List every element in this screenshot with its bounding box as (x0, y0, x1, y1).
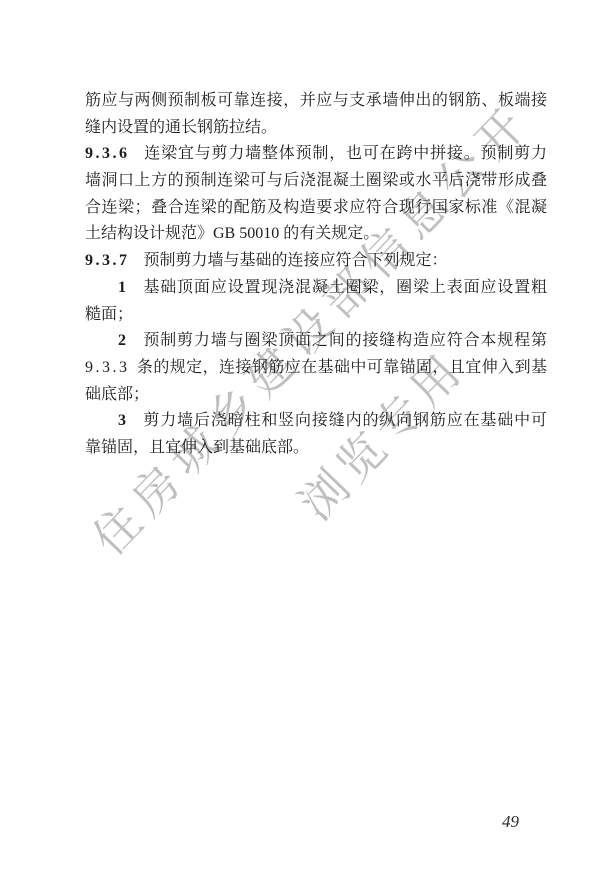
line-text: 预制剪力墙与圈梁顶面之间的接缝构造应符合本规程第 (143, 332, 548, 349)
line-text: 连梁宜与剪力墙整体预制，也可在跨中拼接。预制剪力 (144, 145, 548, 162)
line-text: 靠锚固，且宜伸入到基础底部。 (85, 439, 309, 456)
text-line: 合连梁；叠合连梁的配筋及构造要求应符合现行国家标准《混凝 (85, 195, 547, 222)
line-text: 缝内设置的通长钢筋拉结。 (85, 119, 277, 136)
text-line-clause-9-3-6: 9.3.6连梁宜与剪力墙整体预制，也可在跨中拼接。预制剪力 (85, 141, 547, 168)
line-text: 预制剪力墙与基础的连接应符合下列规定： (144, 252, 448, 269)
item-number: 1 (118, 279, 129, 296)
document-content: 筋应与两侧预制板可靠连接，并应与支承墙伸出的钢筋、板端接 缝内设置的通长钢筋拉结… (85, 88, 547, 462)
text-line: 9.3.3条的规定，连接钢筋应在基础中可靠锚固，且宜伸入到基 (85, 355, 547, 382)
page-number: 49 (502, 812, 519, 832)
line-text: 筋应与两侧预制板可靠连接，并应与支承墙伸出的钢筋、板端接 (85, 92, 547, 109)
text-line: 础底部； (85, 382, 547, 409)
text-line: 靠锚固，且宜伸入到基础底部。 (85, 435, 547, 462)
line-text: 土结构设计规范》GB 50010 的有关规定。 (85, 225, 379, 242)
text-line-item-3: 3剪力墙后浇暗柱和竖向接缝内的纵向钢筋应在基础中可 (85, 408, 547, 435)
item-number: 3 (118, 412, 129, 429)
text-line-item-1: 1基础顶面应设置现浇混凝土圈梁，圈梁上表面应设置粗 (85, 275, 547, 302)
line-text: 合连梁；叠合连梁的配筋及构造要求应符合现行国家标准《混凝 (85, 199, 547, 216)
line-text: 糙面； (85, 306, 133, 323)
text-line: 缝内设置的通长钢筋拉结。 (85, 115, 547, 142)
line-text: 条的规定，连接钢筋应在基础中可靠锚固，且宜伸入到基 (137, 359, 548, 376)
line-text: 剪力墙后浇暗柱和竖向接缝内的纵向钢筋应在基础中可 (143, 412, 548, 429)
document-page: 住房城乡建设部信息公开 浏览专用 筋应与两侧预制板可靠连接，并应与支承墙伸出的钢… (0, 0, 600, 869)
clause-number: 9.3.7 (85, 252, 130, 269)
text-line: 筋应与两侧预制板可靠连接，并应与支承墙伸出的钢筋、板端接 (85, 88, 547, 115)
text-line: 墙洞口上方的预制连梁可与后浇混凝土圈梁或水平后浇带形成叠 (85, 168, 547, 195)
text-line: 土结构设计规范》GB 50010 的有关规定。 (85, 221, 547, 248)
text-line-clause-9-3-7: 9.3.7预制剪力墙与基础的连接应符合下列规定： (85, 248, 547, 275)
line-text: 墙洞口上方的预制连梁可与后浇混凝土圈梁或水平后浇带形成叠 (85, 172, 547, 189)
line-text: 基础顶面应设置现浇混凝土圈梁，圈梁上表面应设置粗 (143, 279, 548, 296)
clause-number: 9.3.6 (85, 145, 130, 162)
text-line: 糙面； (85, 302, 547, 329)
clause-reference-number: 9.3.3 (85, 359, 130, 376)
line-text: 础底部； (85, 386, 149, 403)
item-number: 2 (118, 332, 129, 349)
text-line-item-2: 2预制剪力墙与圈梁顶面之间的接缝构造应符合本规程第 (85, 328, 547, 355)
